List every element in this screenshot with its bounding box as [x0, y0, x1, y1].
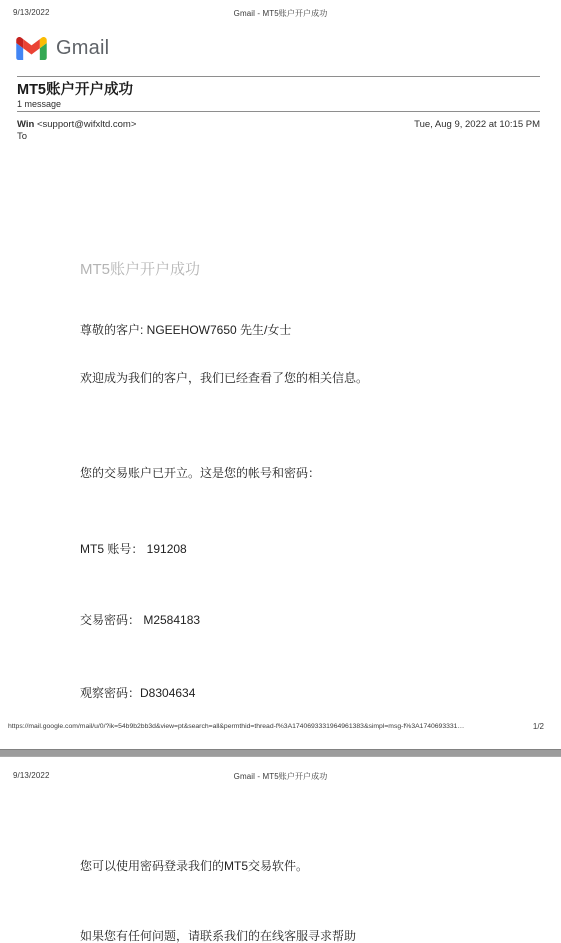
body-greeting: 尊敬的客户: NGEEHOW7650 先生/女士	[80, 321, 291, 338]
sender-line: Win <support@wifxltd.com>	[17, 119, 136, 130]
body-support-info: 如果您有任何问题，请联系我们的在线客服寻求帮助	[80, 927, 356, 943]
gmail-wordmark: Gmail	[56, 37, 109, 60]
page-break-separator	[0, 749, 561, 757]
email-subject: MT5账户开户成功	[17, 78, 133, 99]
page1-footer-url: https://mail.google.com/mail/u/0/?ik=54b…	[8, 723, 464, 730]
page2-header-title: Gmail - MT5账户开户成功	[0, 771, 561, 782]
email-datetime: Tue, Aug 9, 2022 at 10:15 PM	[414, 119, 540, 130]
recipient-to-label: To	[17, 131, 27, 142]
divider-subject	[17, 111, 540, 112]
gmail-logo-icon	[16, 37, 47, 60]
body-welcome: 欢迎成为我们的客户，我们已经查看了您的相关信息。	[80, 369, 368, 386]
body-heading: MT5账户开户成功	[80, 258, 200, 279]
page1-footer-page-number: 1/2	[533, 722, 544, 731]
message-count: 1 message	[17, 99, 61, 109]
body-watch-password: 观察密码：D8304634	[80, 684, 195, 701]
gmail-brand: Gmail	[16, 37, 109, 60]
print-preview-document: 9/13/2022 Gmail - MT5账户开户成功 Gmail MT5账户开…	[0, 0, 561, 943]
body-login-info: 您可以使用密码登录我们的MT5交易软件。	[80, 857, 308, 874]
sender-name: Win	[17, 119, 34, 130]
page1-header-title: Gmail - MT5账户开户成功	[0, 8, 561, 19]
body-trade-password: 交易密码： M2584183	[80, 611, 200, 628]
body-account-open: 您的交易账户已开立。这是您的帐号和密码：	[80, 464, 320, 481]
sender-email: <support@wifxltd.com>	[37, 119, 136, 130]
body-account-number: MT5 账号： 191208	[80, 540, 187, 557]
divider-top	[17, 76, 540, 77]
